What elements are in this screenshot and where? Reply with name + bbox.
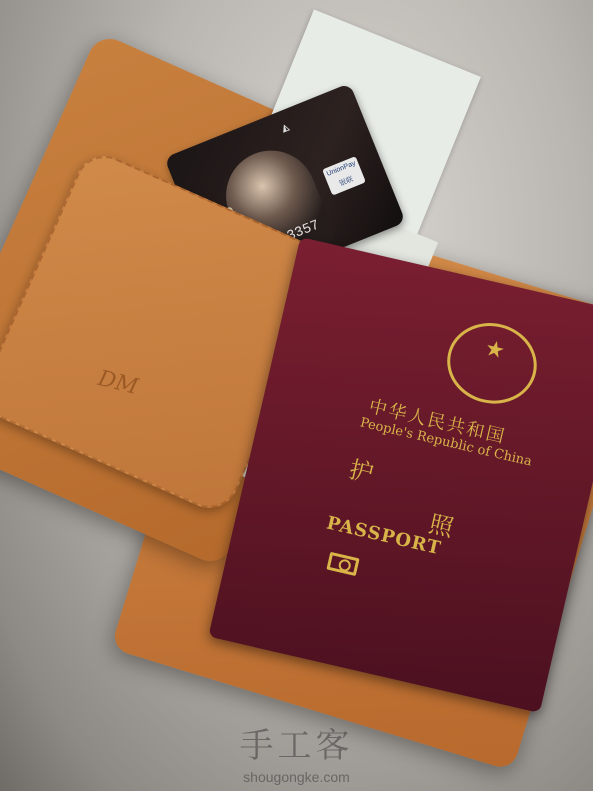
national-emblem-icon bbox=[439, 314, 545, 412]
watermark-logo: 手工客 bbox=[0, 718, 593, 767]
passport-title-en: PASSPORT bbox=[325, 513, 444, 560]
card-brand-icon: ◭ bbox=[280, 122, 291, 135]
unionpay-logo: UnionPay 银联 bbox=[322, 156, 366, 195]
monogram: DM bbox=[95, 366, 140, 400]
watermark: 手工客 shougongke.com bbox=[0, 718, 593, 785]
watermark-url: shougongke.com bbox=[0, 769, 593, 785]
biometric-chip-icon bbox=[326, 552, 359, 576]
passport-title-cn-1: 护 bbox=[346, 450, 377, 490]
